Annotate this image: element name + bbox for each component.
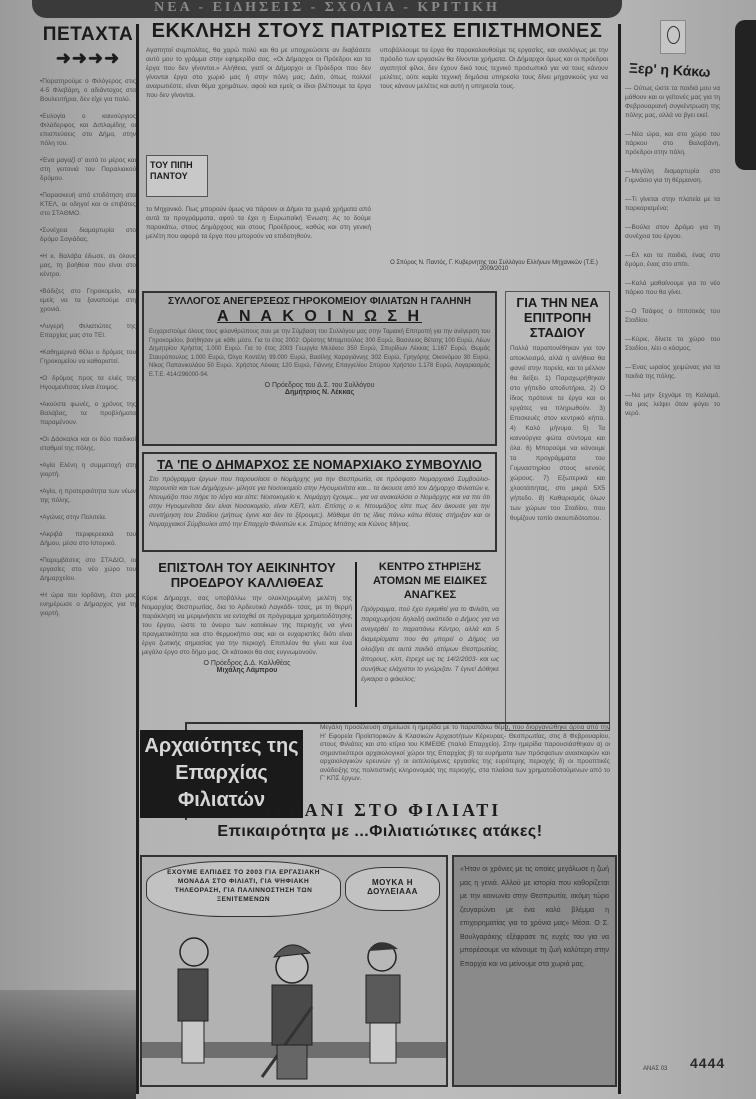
petaxta-item: •Ο δρόμος προς τα ελιές της Ηγουμενίτσας…	[40, 374, 136, 392]
kakw-item: —Καλά μαθαίνουμε για το νέο πάρκο που θα…	[625, 279, 720, 297]
main-article: ΕΚΚΛΗΣΗ ΣΤΟΥΣ ΠΑΤΡΙΩΤΕΣ ΕΠΙΣΤΗΜΟΝΕΣ Αγαπ…	[144, 20, 610, 282]
announcement-title: Α Ν Α Κ Ο Ι Ν Ω Σ Η	[149, 308, 490, 326]
column-divider	[136, 24, 139, 1094]
petaxta-item: •Ακούστε φωνές, ο χρόνος της Βαλάβας, τα…	[40, 400, 136, 427]
announcement-body: Ευχαριστούμε όλους τους φιλανθρώπους που…	[149, 328, 490, 379]
special-needs-body: Πρόγραμμα, πού έχει εγκριθεί για το Φιλι…	[361, 605, 499, 685]
petaxta-item: •Παρατηρούμε ο Φιλόγερος στις 4-5 Φλεβάρ…	[40, 77, 136, 104]
petaxta-item: •Ευλογία ο καινούργιος Φιλάδερφος και Δι…	[40, 112, 136, 148]
petaxta-item: •Καθημερινά θέλει ο δρόμος του Γηροκομεί…	[40, 348, 136, 366]
mayor-title: ΤΑ 'ΠΕ Ο ΔΗΜΑΡΧΟΣ ΣΕ ΝΟΜΑΡΧΙΑΚΟ ΣΥΜΒΟΥΛΙ…	[149, 457, 490, 472]
main-article-title: ΕΚΚΛΗΣΗ ΣΤΟΥΣ ΠΑΤΡΙΩΤΕΣ ΕΠΙΣΤΗΜΟΝΕΣ	[144, 20, 610, 43]
arrows-icon: ➜➜➜➜	[40, 48, 136, 69]
petaxta-item: •Η ώρα του Ιορδάνη, έτσι μας ενημέρωσε ο…	[40, 591, 136, 618]
antiquities-body: Μεγάλη προσέλευση σημείωσε η ημερίδα με …	[320, 724, 610, 784]
letter-body: Κύριε Δήμαρχε, σας υποβάλλω την ολοκληρω…	[142, 594, 352, 657]
letter-signature-title: Ο Πρόεδρος Δ.Δ. Καλλιθέας	[142, 660, 352, 667]
main-article-col2: υποβάλλουμε τα έργα θα παρακολουθούμε τι…	[380, 46, 608, 91]
petaxta-item: •Συνέχεια διαμαρτυρία στο δρόμο Σαγιάδας…	[40, 226, 136, 244]
adjacent-page-edge	[735, 20, 756, 170]
newspaper-page: ΝΕΑ - ΕΙΔΗΣΕΙΣ - ΣΧΟΛΙΑ - ΚΡΙΤΙΚΗ ΠΕΤΑΧΤ…	[0, 0, 756, 1099]
kakw-title: Ξερ' η Κάκω	[629, 60, 721, 81]
cartoon-side-note: «Ήταν οι χρόνιες με τις οποίες μεγάλωσε …	[452, 855, 617, 1087]
letter-signature-name: Μιχάλης Λάμπρου	[142, 667, 352, 674]
mayor-article: ΤΑ 'ΠΕ Ο ΔΗΜΑΡΧΟΣ ΣΕ ΝΟΜΑΡΧΙΑΚΟ ΣΥΜΒΟΥΛΙ…	[142, 452, 497, 552]
petaxta-title: ΠΕΤΑΧΤΑ	[40, 24, 136, 46]
kakw-item: —Να μην ξεχνάμε τη Καλαμά, θα μας λείψει…	[625, 391, 720, 418]
kakw-item: —Ένας ωραίος χειμώνας για τα παιδιά της …	[625, 363, 720, 381]
footer-label: ΑΝΑΣ 03	[643, 1066, 667, 1072]
petaxta-item: •Παρασκευή από επιδότηση στα ΚΤΕΛ, οι οδ…	[40, 191, 136, 218]
mayor-body: Στο πρόγραμμα έργων που παρουσίασε ο Νομ…	[149, 475, 490, 529]
kakw-item: —Ο Τσάφος ο Ιπποτικός του Σταδίου.	[625, 307, 720, 325]
announcement-signature-name: Δημήτριος Ν. Λέκκας	[149, 389, 490, 396]
petaxta-item: •Παρεμβάσεις στο ΣΤΑΔΙΟ, οι εργασίες στο…	[40, 556, 136, 583]
announcement-signature-title: Ο Πρόεδρος του Δ.Σ. του Συλλόγου	[149, 382, 490, 389]
kakw-item: —Μεγάλη διαμαρτυρία στο Γυμνάσιο για τη …	[625, 167, 720, 185]
cartoon-panel: ΕΧΟΥΜΕ ΕΛΠΙΔΕΣ ΤΟ 2003 ΓΙΑ ΕΡΓΑΣΙΑΚΗ ΜΟΝ…	[140, 855, 448, 1087]
cartoon-side-text: «Ήταν οι χρόνιες με τις οποίες μεγάλωσε …	[460, 863, 609, 971]
author-caption: ΤΟΥ ΠΙΠΗ ΠΑΝΤΟΥ	[146, 155, 208, 197]
kakw-item: —Βούλα στον Δρόμο για τη συνέχεια του έρ…	[625, 223, 720, 241]
columnist-portrait-icon	[660, 20, 686, 54]
petaxta-item: •Η κ. Βαλάβα έδωσε, σε όλους μας, τη βοή…	[40, 252, 136, 279]
petaxta-item: •Οι Δάσκαλοι και οι δύο παιδικοί σταθμοί…	[40, 435, 136, 453]
kakw-item: —Κύριε, δίνετε το χώρο του Σταδίου, λέει…	[625, 335, 720, 353]
cartoon-section-subtitle: Επικαιρότητα με ...Φιλιατιώτικες ατάκες!	[140, 823, 620, 841]
column-divider	[618, 24, 621, 1094]
page-shadow	[0, 990, 136, 1099]
page-marker: 4444	[690, 1055, 725, 1071]
masthead-banner: ΝΕΑ - ΕΙΔΗΣΕΙΣ - ΣΧΟΛΙΑ - ΚΡΙΤΙΚΗ	[32, 0, 622, 18]
special-needs-article: ΚΕΝΤΡΟ ΣΤΗΡΙΞΗΣ ΑΤΟΜΩΝ ΜΕ ΕΙΔΙΚΕΣ ΑΝΑΓΚΕ…	[361, 560, 499, 710]
petaxta-item: •Λυγερή Φιλιατιώτες της Επαρχίας μας στο…	[40, 322, 136, 340]
column-divider	[355, 562, 357, 707]
petaxta-item: •Ένα μαγαζί σ' αυτό το μέρος και στη γει…	[40, 156, 136, 183]
stadium-body: Πολλά παραπονέθηκαν για τον αποκλεισμό, …	[510, 344, 605, 524]
petaxta-item: •Ακριβά περιφερειακά του Δήμου, μέσα στο…	[40, 530, 136, 548]
petaxta-item: •Βάδιζες στο Γηροκομείο, και εμείς να τα…	[40, 287, 136, 314]
main-article-col1-lower: το Μηχανικό. Πως μπορούν όμως να πάρουν …	[146, 205, 371, 241]
stadium-title: ΓΙΑ ΤΗΝ ΝΕΑ ΕΠΙΤΡΟΠΗ ΣΤΑΔΙΟΥ	[510, 295, 605, 340]
cartoon-section-title: ΛΙΜΑΝΙ ΣΤΟ ΦΙΛΙΑΤΙ	[140, 800, 620, 821]
kakw-item: — Ούτως ώστε τα παιδιά μου να μάθουν και…	[625, 84, 720, 120]
announcement-box: ΣΥΛΛΟΓΟΣ ΑΝΕΓΕΡΣΕΩΣ ΓΗΡΟΚΟΜΕΙΟΥ ΦΙΛΙΑΤΩΝ…	[142, 291, 497, 446]
kakw-item: —Ελ και τα παιδιά, ένας στο δρόμο, ένας …	[625, 251, 720, 269]
main-article-signature: Ο Σπύρος Ν. Παντός, Γ. Κυβερνητης του Συ…	[380, 260, 608, 272]
kakw-item: —Τι γίνεται στην πλατεία με τα παρκαρισμ…	[625, 195, 720, 213]
cartoon-figures-illustration	[142, 857, 448, 1087]
petaxta-item: •Αγία Ελένη η συμμετοχή στη γιορτή.	[40, 461, 136, 479]
stadium-article: ΓΙΑ ΤΗΝ ΝΕΑ ΕΠΙΤΡΟΠΗ ΣΤΑΔΙΟΥ Πολλά παραπ…	[505, 291, 610, 731]
petaxta-item: •Αγώνες στην Πολιτεία.	[40, 513, 136, 522]
petaxta-item: •Αγία, η προτεραιότητα των νέων της πόλη…	[40, 487, 136, 505]
petaxta-column: ΠΕΤΑΧΤΑ ➜➜➜➜ •Παρατηρούμε ο Φιλόγερος στ…	[40, 20, 136, 1095]
main-article-col1: Αγαπητοί συμπολίτες, θα χαρώ πολύ και θα…	[146, 46, 371, 100]
letter-article: ΕΠΙΣΤΟΛΗ ΤΟΥ ΑΕΙΚΙΝΗΤΟΥ ΠΡΟΕΔΡΟΥ ΚΑΛΛΙΘΕ…	[142, 560, 352, 710]
letter-title: ΕΠΙΣΤΟΛΗ ΤΟΥ ΑΕΙΚΙΝΗΤΟΥ ΠΡΟΕΔΡΟΥ ΚΑΛΛΙΘΕ…	[142, 560, 352, 590]
announcement-org: ΣΥΛΛΟΓΟΣ ΑΝΕΓΕΡΣΕΩΣ ΓΗΡΟΚΟΜΕΙΟΥ ΦΙΛΙΑΤΩΝ…	[149, 296, 490, 307]
kakw-column: Ξερ' η Κάκω — Ούτως ώστε τα παιδιά μου ν…	[625, 20, 720, 1095]
kakw-item: —Νέα ώρα, και στο χώρο του πάρκου στο Βα…	[625, 130, 720, 157]
special-needs-title: ΚΕΝΤΡΟ ΣΤΗΡΙΞΗΣ ΑΤΟΜΩΝ ΜΕ ΕΙΔΙΚΕΣ ΑΝΑΓΚΕ…	[361, 560, 499, 602]
